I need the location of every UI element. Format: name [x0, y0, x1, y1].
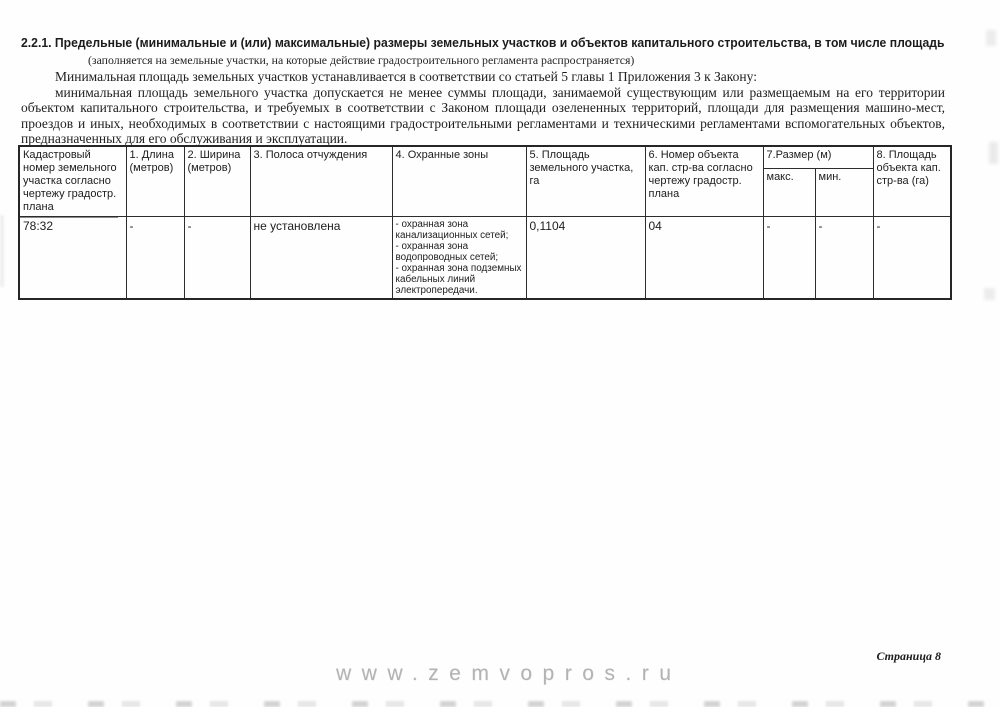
cell-size-max: -: [763, 217, 815, 300]
table-row: 78:32 - - не установлена - охранная зона…: [19, 217, 951, 300]
column-header-protection-zones: 4. Охранные зоны: [392, 146, 526, 217]
cell-cadastral-number: 78:32: [19, 217, 126, 300]
cell-object-number: 04: [645, 217, 763, 300]
cell-object-area: -: [873, 217, 951, 300]
paragraph: Минимальная площадь земельных участков у…: [21, 69, 945, 85]
land-parcel-limits-table: Кадастровый номер земельного участка сог…: [18, 145, 952, 300]
column-header-length: 1. Длина (метров): [126, 146, 184, 217]
scan-artifact: [0, 701, 1000, 707]
section-heading: 2.2.1. Предельные (минимальные и (или) м…: [21, 36, 915, 51]
scan-artifact: [0, 215, 4, 287]
body-text: Минимальная площадь земельных участков у…: [21, 69, 945, 147]
scan-artifact: [986, 30, 996, 46]
column-header-cadastral-number: Кадастровый номер земельного участка сог…: [19, 146, 126, 217]
section-subheading: (заполняется на земельные участки, на ко…: [88, 53, 634, 68]
page-number: Страница 8: [876, 649, 941, 664]
column-header-size: 7.Размер (м): [763, 146, 873, 168]
column-header-object-area: 8. Площадь объекта кап. стр-ва (га): [873, 146, 951, 217]
column-header-object-number: 6. Номер объекта кап. стр-ва согласно че…: [645, 146, 763, 217]
cell-right-of-way: не установлена: [250, 217, 392, 300]
paragraph: минимальная площадь земельного участка д…: [21, 85, 945, 147]
column-header-right-of-way: 3. Полоса отчуждения: [250, 146, 392, 217]
scanned-document-page: 2.2.1. Предельные (минимальные и (или) м…: [0, 0, 1000, 707]
column-header-size-max: макс.: [763, 168, 815, 216]
column-header-land-area: 5. Площадь земельного участка, га: [526, 146, 645, 217]
cell-protection-zones: - охранная зона канализационных сетей; -…: [392, 217, 526, 300]
cell-length: -: [126, 217, 184, 300]
column-header-size-min: мин.: [815, 168, 873, 216]
column-header-width: 2. Ширина (метров): [184, 146, 250, 217]
scan-artifact: [984, 288, 995, 300]
watermark: www.zemvopros.ru: [336, 662, 681, 686]
cell-land-area: 0,1104: [526, 217, 645, 300]
cell-width: -: [184, 217, 250, 300]
cell-size-min: -: [815, 217, 873, 300]
scan-artifact: [989, 142, 998, 164]
